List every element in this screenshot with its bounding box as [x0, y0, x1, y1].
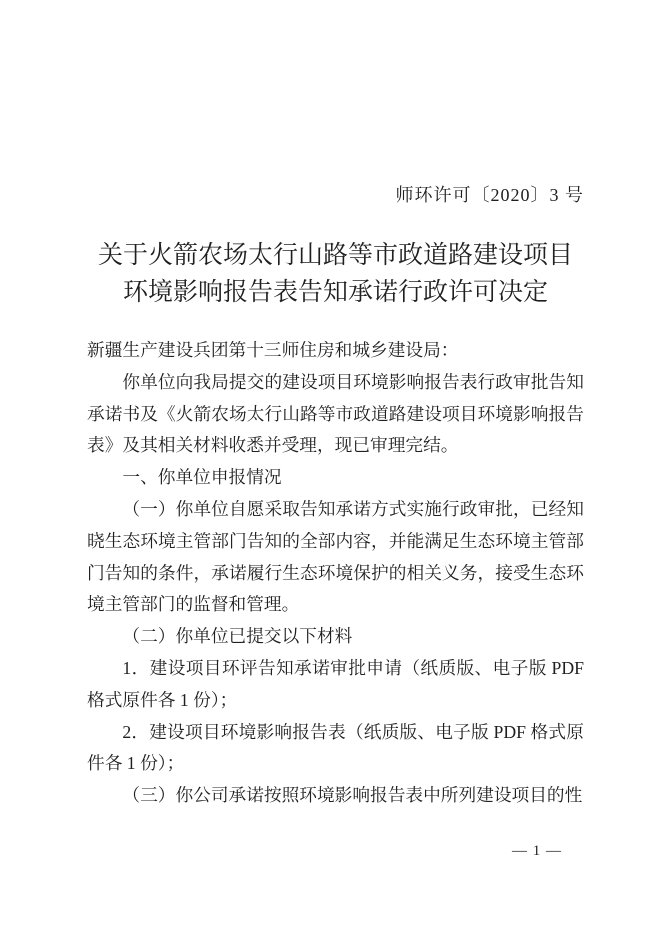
list-item-2: 2．建设项目环境影响报告表（纸质版、电子版 PDF 格式原件各 1 份）； — [87, 717, 584, 781]
document-body: 新疆生产建设兵团第十三师住房和城乡建设局： 你单位向我局提交的建设项目环境影响报… — [87, 335, 584, 812]
document-title: 关于火箭农场太行山路等市政道路建设项目 环境影响报告表告知承诺行政许可决定 — [87, 237, 584, 311]
document-title-line-2: 环境影响报告表告知承诺行政许可决定 — [87, 274, 584, 311]
salutation: 新疆生产建设兵团第十三师住房和城乡建设局： — [87, 335, 584, 367]
section-heading-1: 一、你单位申报情况 — [87, 462, 584, 494]
document-title-line-1: 关于火箭农场太行山路等市政道路建设项目 — [87, 237, 584, 274]
document-content: 师环许可〔2020〕3 号 关于火箭农场太行山路等市政道路建设项目 环境影响报告… — [87, 185, 584, 860]
list-item-1: 1．建设项目环评告知承诺审批申请（纸质版、电子版 PDF 格式原件各 1 份）； — [87, 653, 584, 717]
paragraph-promise: （三）你公司承诺按照环境影响报告表中所列建设项目的性 — [87, 780, 584, 812]
page-number: — 1 — — [87, 842, 584, 860]
section-heading-2: （二）你单位已提交以下材料 — [87, 621, 584, 653]
document-page: 师环许可〔2020〕3 号 关于火箭农场太行山路等市政道路建设项目 环境影响报告… — [0, 0, 662, 936]
paragraph-commitment: （一）你单位自愿采取告知承诺方式实施行政审批，已经知晓生态环境主管部门告知的全部… — [87, 494, 584, 621]
document-number: 师环许可〔2020〕3 号 — [87, 185, 584, 206]
paragraph-acknowledgement: 你单位向我局提交的建设项目环境影响报告表行政审批告知承诺书及《火箭农场太行山路等… — [87, 367, 584, 462]
